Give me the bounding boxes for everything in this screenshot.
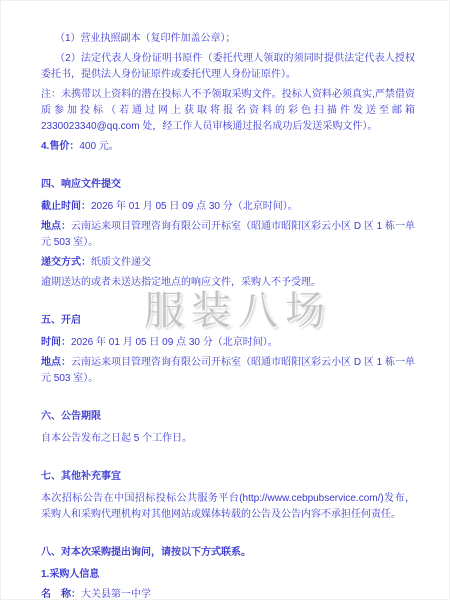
announcement-page: 服装八场 （1）营业执照副本（复印件加盖公章）；（2）法定代表人身份证明书原件（… bbox=[0, 0, 450, 600]
paragraph: 注：未携带以上资料的潜在投标人不予领取采购文件。投标人资料必须真实,严禁借资质参… bbox=[41, 87, 415, 135]
section-heading: 八、对本次采购提出询问，请按以下方式联系。 bbox=[41, 545, 415, 561]
section-heading: 七、其他补充事宜 bbox=[41, 469, 415, 485]
field-label: 截止时间： bbox=[41, 201, 91, 212]
paragraph: 递交方式：纸质文件递交 bbox=[41, 255, 415, 271]
paragraph-text: 本次招标公告在中国招标投标公共服务平台(http://www.cebpubser… bbox=[41, 493, 415, 520]
field-label: 地点： bbox=[41, 357, 71, 368]
paragraph: 地点：云南运来项目管理咨询有限公司开标室（昭通市昭阳区彩云小区 D 区 1 栋一… bbox=[41, 355, 415, 387]
paragraph: 逾期送达的或者未送达指定地点的响应文件，采购人不予受理。 bbox=[41, 275, 415, 291]
paragraph-text: 五、开启 bbox=[41, 315, 81, 326]
field-label: 递交方式： bbox=[41, 257, 91, 268]
paragraph: 自本公告发布之日起 5 个工作日。 bbox=[41, 431, 415, 447]
paragraph: （2）法定代表人身份证明书原件（委托代理人领取的须同时提供法定代表人授权委托书，… bbox=[41, 51, 415, 83]
paragraph: 地点：云南运来项目管理咨询有限公司开标室（昭通市昭阳区彩云小区 D 区 1 栋一… bbox=[41, 219, 415, 251]
paragraph-text: 云南运来项目管理咨询有限公司开标室（昭通市昭阳区彩云小区 D 区 1 栋一单元 … bbox=[41, 221, 415, 248]
paragraph-text: 自本公告发布之日起 5 个工作日。 bbox=[41, 433, 192, 444]
announcement-body: （1）营业执照副本（复印件加盖公章）；（2）法定代表人身份证明书原件（委托代理人… bbox=[1, 1, 449, 600]
section-heading: 五、开启 bbox=[41, 313, 415, 329]
paragraph: 截止时间：2026 年 01 月 05 日 09 点 30 分（北京时间）。 bbox=[41, 199, 415, 215]
paragraph-text: 2026 年 01 月 05 日 09 点 30 分（北京时间）。 bbox=[71, 337, 278, 348]
paragraph-text: 八、对本次采购提出询问，请按以下方式联系。 bbox=[41, 547, 251, 558]
paragraph-text: 400 元。 bbox=[79, 141, 118, 152]
paragraph-text: 逾期送达的或者未送达指定地点的响应文件，采购人不予受理。 bbox=[41, 277, 321, 288]
paragraph: 1.采购人信息 bbox=[41, 567, 415, 583]
paragraph-text: 四、响应文件提交 bbox=[41, 179, 121, 190]
paragraph-text: 2026 年 01 月 05 日 09 点 30 分（北京时间）。 bbox=[91, 201, 298, 212]
field-label: 4.售价： bbox=[41, 141, 79, 152]
paragraph: 本次招标公告在中国招标投标公共服务平台(http://www.cebpubser… bbox=[41, 491, 415, 523]
paragraph-text: 云南运来项目管理咨询有限公司开标室（昭通市昭阳区彩云小区 D 区 1 栋一单元 … bbox=[41, 357, 415, 384]
paragraph-text: 注：未携带以上资料的潜在投标人不予领取采购文件。投标人资料必须真实,严禁借资质参… bbox=[41, 89, 415, 132]
paragraph-text: 大关县第一中学 bbox=[81, 589, 151, 600]
paragraph-text: （2）法定代表人身份证明书原件（委托代理人领取的须同时提供法定代表人授权委托书，… bbox=[41, 53, 415, 80]
paragraph-text: 六、公告期限 bbox=[41, 411, 101, 422]
section-heading: 四、响应文件提交 bbox=[41, 177, 415, 193]
paragraph-text: 纸质文件递交 bbox=[91, 257, 151, 268]
paragraph: 4.售价：400 元。 bbox=[41, 139, 415, 155]
paragraph: （1）营业执照副本（复印件加盖公章）； bbox=[41, 31, 415, 47]
section-heading: 六、公告期限 bbox=[41, 409, 415, 425]
paragraph-text: 七、其他补充事宜 bbox=[41, 471, 121, 482]
paragraph-text: 1.采购人信息 bbox=[41, 569, 99, 580]
paragraph: 时间：2026 年 01 月 05 日 09 点 30 分（北京时间）。 bbox=[41, 335, 415, 351]
field-label: 名 称： bbox=[41, 589, 81, 600]
field-label: 时间： bbox=[41, 337, 71, 348]
paragraph: 名 称：大关县第一中学 bbox=[41, 587, 415, 600]
field-label: 地点： bbox=[41, 221, 71, 232]
paragraph-text: （1）营业执照副本（复印件加盖公章）； bbox=[55, 33, 236, 44]
